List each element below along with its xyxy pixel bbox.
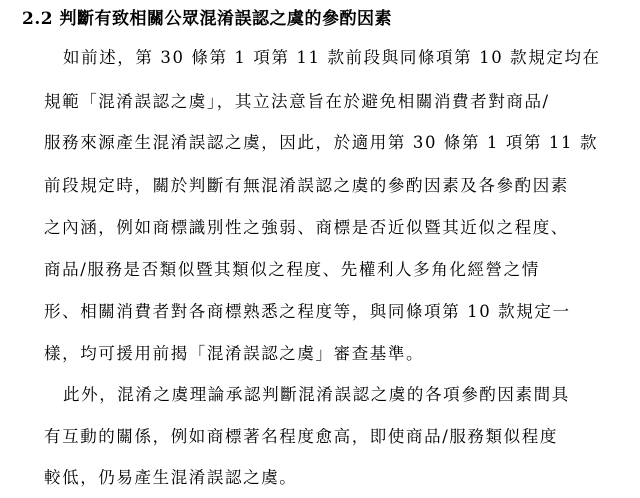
paragraph-line: 之內涵，例如商標識別性之強弱、商標是否近似暨其近似之程度、: [44, 217, 569, 239]
paragraph-line: 服務來源產生混淆誤認之虞，因此，於適用第 30 條第 1 項第 11 款: [44, 132, 598, 154]
paragraph-line: 此外，混淆之虞理論承認判斷混淆誤認之虞的各項參酌因素間具: [63, 384, 570, 406]
section-heading: 2.2 判斷有致相關公眾混淆誤認之虞的參酌因素: [22, 6, 392, 32]
paragraph-line: 規範「混淆誤認之虞」，其立法意旨在於避免相關消費者對商品/: [44, 91, 550, 113]
paragraph-line: 如前述，第 30 條第 1 項第 11 款前段與同條項第 10 款規定均在: [63, 47, 601, 69]
paragraph-line: 商品/服務是否類似暨其類似之程度、先權利人多角化經營之情: [44, 259, 540, 281]
paragraph-line: 形、相關消費者對各商標熟悉之程度等，與同條項第 10 款規定一: [44, 301, 571, 323]
paragraph-line: 樣，均可援用前揭「混淆誤認之虞」審查基準。: [44, 343, 424, 365]
paragraph-line: 前段規定時，關於判斷有無混淆誤認之虞的參酌因素及各參酌因素: [44, 175, 569, 197]
document-page: 2.2 判斷有致相關公眾混淆誤認之虞的參酌因素 如前述，第 30 條第 1 項第…: [0, 0, 640, 498]
paragraph-line: 有互動的關係，例如商標著名程度愈高，即使商品/服務類似程度: [44, 426, 558, 448]
paragraph-line: 較低，仍易產生混淆誤認之虞。: [44, 467, 297, 489]
